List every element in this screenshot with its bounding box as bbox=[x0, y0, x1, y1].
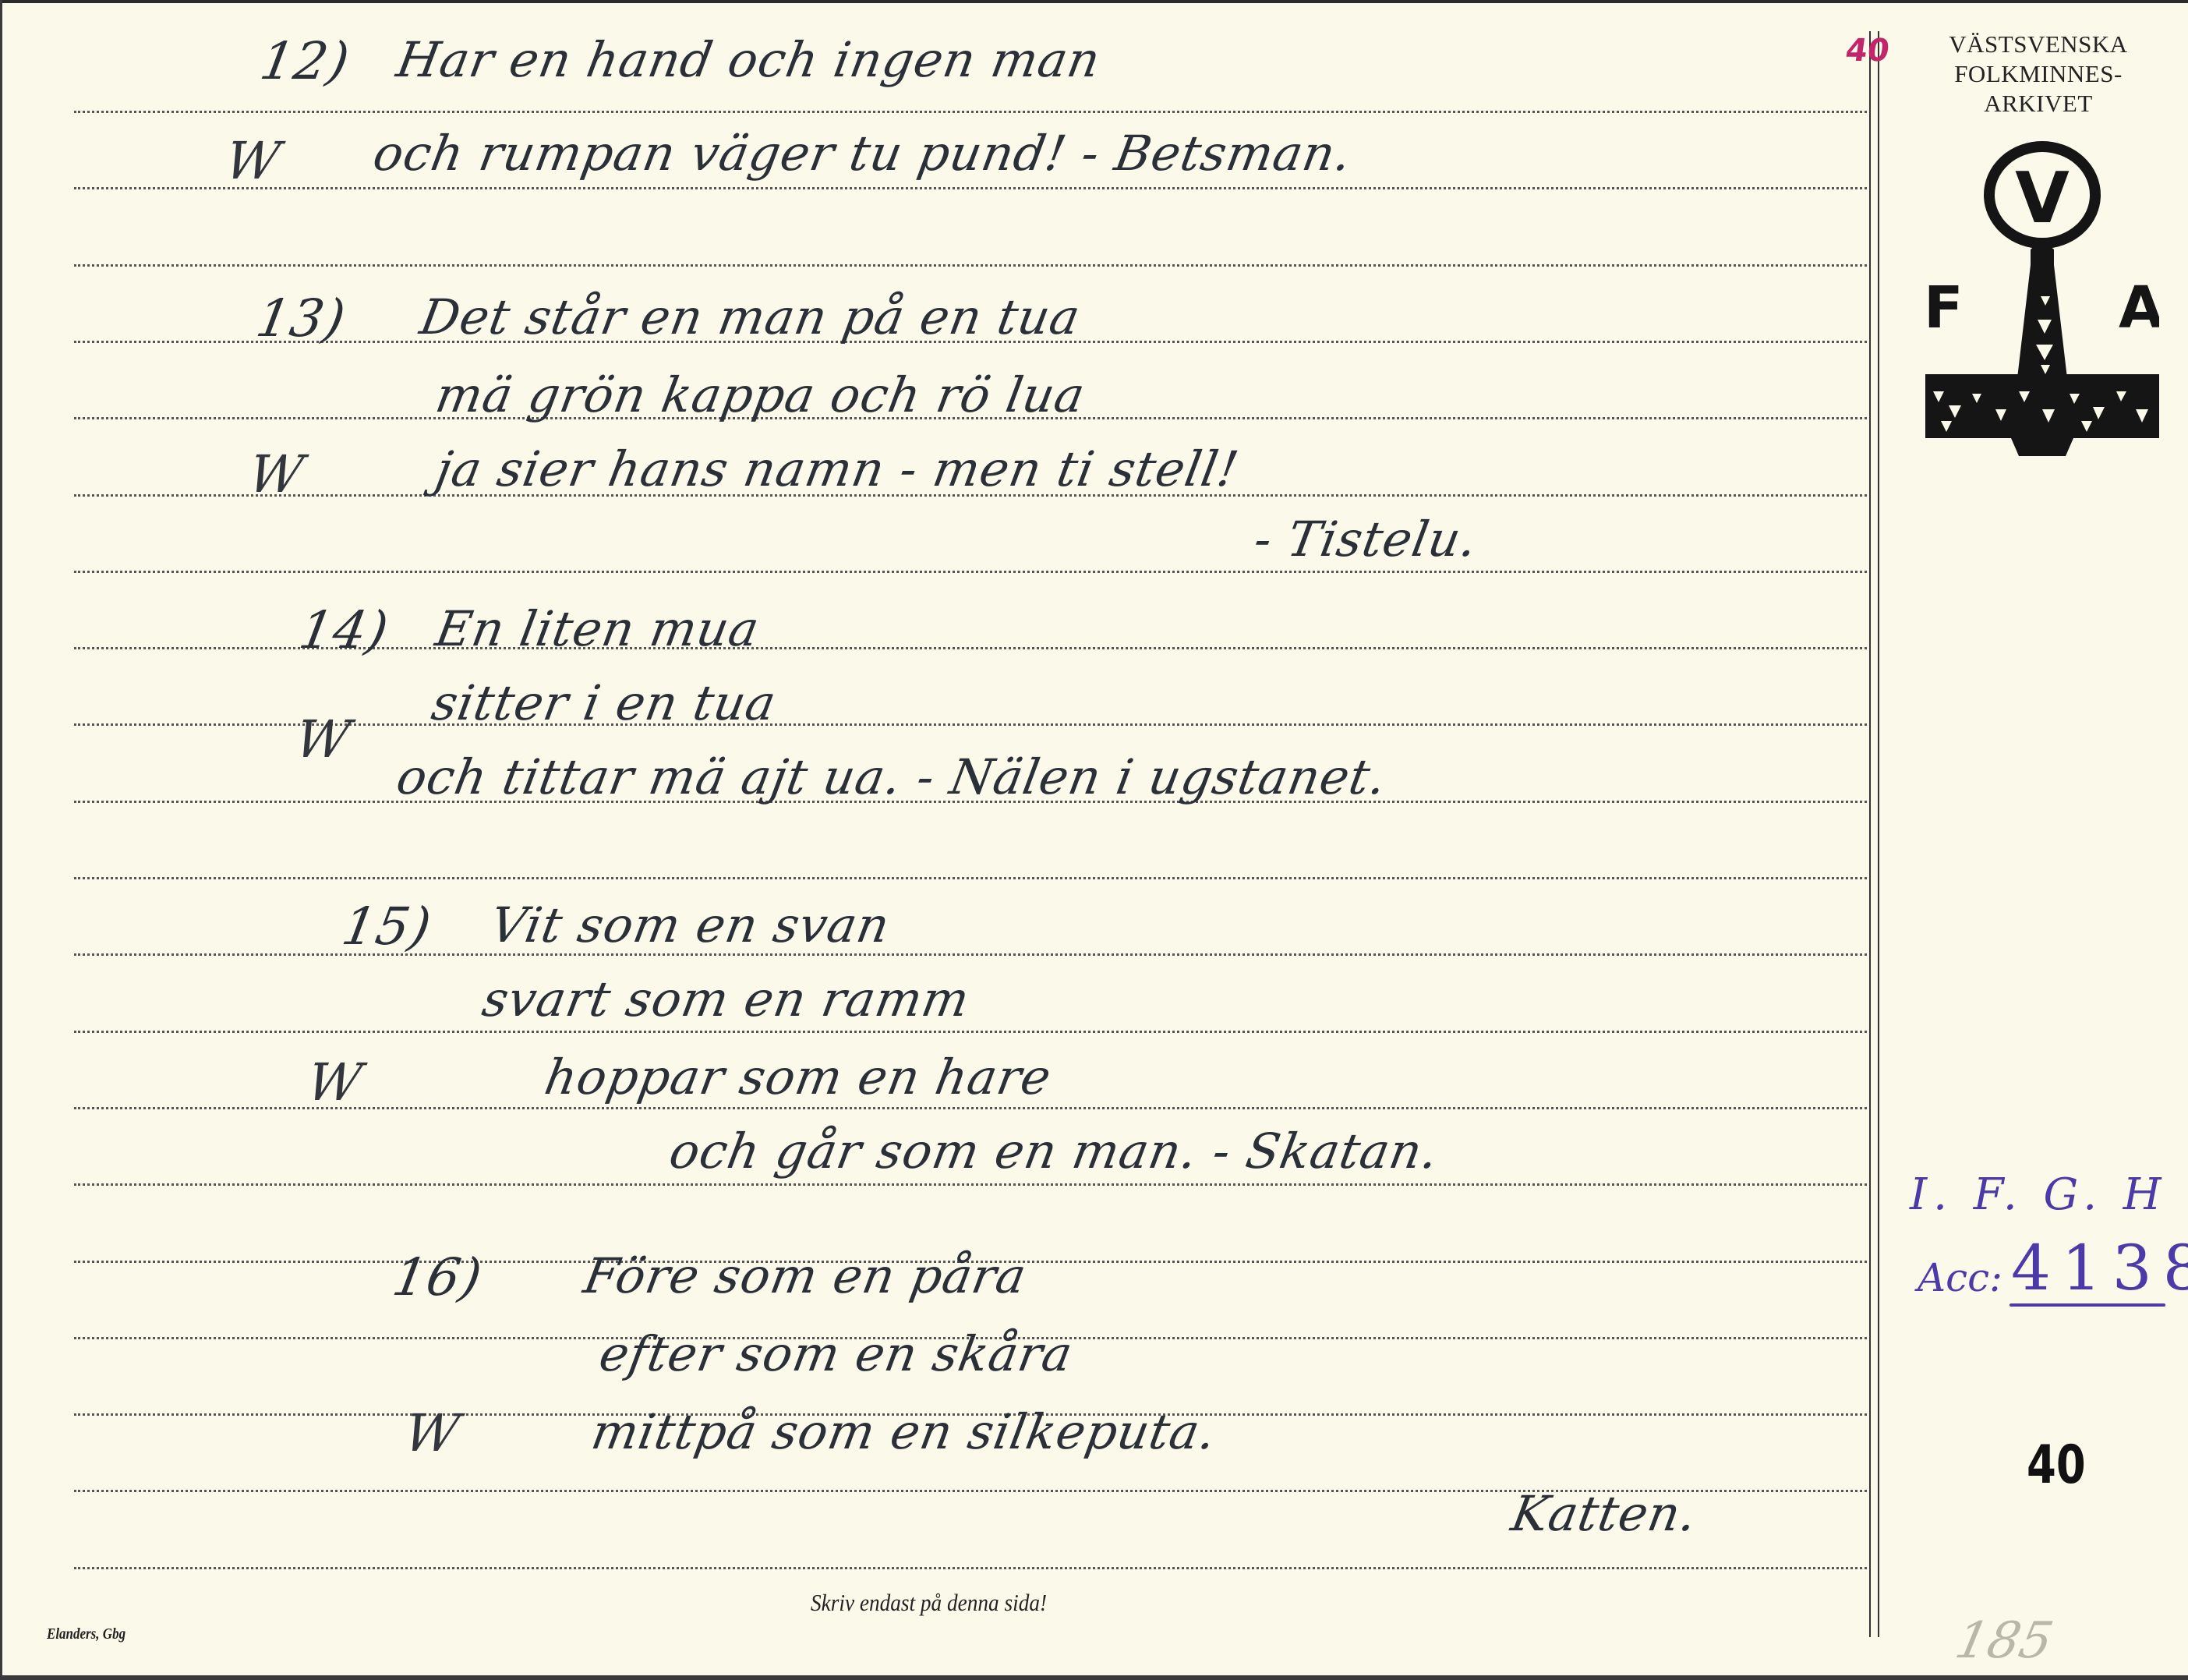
printer-imprint: Elanders, Gbg bbox=[47, 1625, 125, 1643]
riddle-line: hoppar som en hare bbox=[541, 1049, 1056, 1105]
ruled-line bbox=[74, 571, 1867, 573]
riddle-mark: W bbox=[400, 1403, 464, 1463]
ruled-line bbox=[74, 187, 1867, 189]
footer-instruction: Skriv endast på denna sida! bbox=[811, 1589, 1047, 1617]
page-number: 40 bbox=[2027, 1434, 2086, 1496]
red-page-stamp: 40 bbox=[1843, 33, 1892, 69]
ruled-line bbox=[74, 1031, 1867, 1033]
accession-underline bbox=[2009, 1303, 2165, 1307]
riddle-line: och tittar mä ajt ua. - Nälen i ugstanet… bbox=[393, 748, 1391, 805]
riddle-line: Vit som en svan bbox=[486, 897, 895, 953]
riddle-line: mä grön kappa och rö lua bbox=[432, 366, 1090, 423]
institution-name-line-3: ARKIVET bbox=[1906, 89, 2171, 118]
riddle-answer: - Tistelu. bbox=[1250, 511, 1483, 568]
institution-name-line-2: FOLKMINNES- bbox=[1906, 59, 2171, 89]
riddle-number: 13) bbox=[252, 288, 350, 348]
riddle-line: och rumpan väger tu pund! - Betsman. bbox=[369, 125, 1356, 182]
margin-divider-line bbox=[1878, 31, 1879, 1637]
riddle-line: Har en hand och ingen man bbox=[393, 31, 1105, 88]
logo-letter-a: A bbox=[2119, 274, 2159, 341]
riddle-line: efter som en skåra bbox=[596, 1325, 1077, 1382]
accession-prefix: Acc: bbox=[1918, 1255, 2002, 1300]
ruled-line bbox=[74, 1183, 1867, 1186]
ruled-line bbox=[74, 877, 1867, 879]
logo-letter-v: V bbox=[2015, 157, 2070, 239]
institution-name-line-1: VÄSTSVENSKA bbox=[1906, 30, 2171, 59]
riddle-line: mittpå som en silkeputa. bbox=[588, 1403, 1221, 1460]
accession-initials: I. F. G. H bbox=[1910, 1169, 2168, 1220]
thors-hammer-logo-icon: V F A bbox=[1925, 140, 2159, 460]
riddle-line: En liten mua bbox=[432, 600, 764, 657]
riddle-line: och går som en man. - Skatan. bbox=[666, 1123, 1444, 1180]
ruled-line bbox=[74, 1567, 1867, 1569]
riddle-mark: W bbox=[221, 131, 285, 191]
riddle-number: 14) bbox=[295, 600, 393, 660]
riddle-mark: W bbox=[291, 709, 355, 769]
riddle-mark: W bbox=[302, 1052, 366, 1112]
margin-divider-line bbox=[1869, 31, 1871, 1637]
riddle-line: ja sier hans namn - men ti stell! bbox=[432, 440, 1243, 497]
ruled-line bbox=[74, 111, 1867, 113]
riddle-line: Före som en påra bbox=[580, 1247, 1031, 1304]
riddle-number: 12) bbox=[256, 31, 354, 91]
pencil-annotation-number: 185 bbox=[1950, 1612, 2058, 1670]
riddle-line: sitter i en tua bbox=[428, 674, 781, 731]
riddle-line: svart som en ramm bbox=[479, 971, 974, 1027]
accession-number: 4138 bbox=[2011, 1232, 2188, 1304]
logo-letter-f: F bbox=[1925, 274, 1964, 341]
riddle-answer: Katten. bbox=[1508, 1485, 1702, 1542]
riddle-mark: W bbox=[244, 444, 308, 504]
riddle-number: 16) bbox=[388, 1247, 486, 1307]
riddle-number: 15) bbox=[338, 897, 436, 957]
ruled-line bbox=[74, 264, 1867, 267]
riddle-line: Det står en man på en tua bbox=[416, 288, 1085, 345]
